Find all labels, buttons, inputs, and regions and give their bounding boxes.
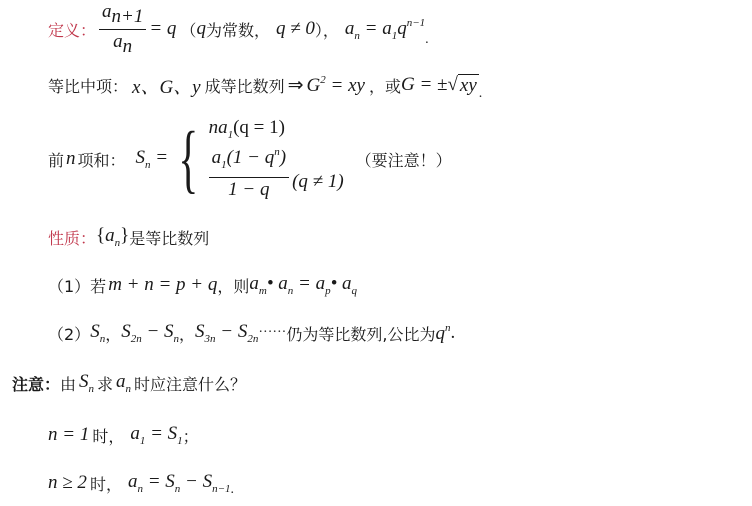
q-nonzero: q ≠ 0 [276,18,315,40]
definition-label: 定义： [48,18,96,41]
case-q-equals-1: na1(q = 1) [209,117,344,141]
attention-note: （要注意！） [356,148,452,171]
piecewise-cases: na1(q = 1) a1(1 − qn) 1 − q (q ≠ 1) [209,117,344,201]
note-line: 注意： 由 Sn 求 an 时应注意什么？ [12,368,246,398]
sum-formula-line: 前 n 项和： Sn = { na1(q = 1) a1(1 − qn) 1 −… [48,112,452,206]
eq-q: = q [149,18,176,40]
note-case-n2: n ≥ 2 时， an = Sn − Sn−1 . [48,468,234,498]
case-q-not-1: (q ≠ 1) [292,171,344,193]
properties-line: 性质： {an} 是等比数列 [48,222,209,252]
property-2: （2） Sn ， S2n − Sn ， S3n − S2n ······ 仍为等… [48,318,455,348]
geometric-mean-label: 等比中项： [48,74,128,97]
general-term: an = a1qn−1 [345,17,425,42]
implies-arrow: ⇒ [288,74,304,97]
note-case-n1: n = 1 时， a1 = S1 ； [48,420,199,450]
sum-fraction: a1(1 − qn) 1 − q [209,141,289,201]
ratio-fraction: an+1 an [99,1,146,58]
sqrt-icon: √ [447,74,457,96]
property-1: （1）若 m + n = p + q ，则 am• an = ap• aq [48,270,357,300]
properties-label: 性质： [48,226,96,249]
geometric-mean-line: 等比中项： x、G、y 成等比数列 ⇒ G2 = xy ，或 G = ± √xy… [48,68,482,102]
definition-line: 定义： an+1 an = q （ q 为常数， q ≠ 0 ）， an = a… [48,4,429,54]
note-label: 注意： [12,372,60,395]
left-brace-icon: { [178,121,198,197]
